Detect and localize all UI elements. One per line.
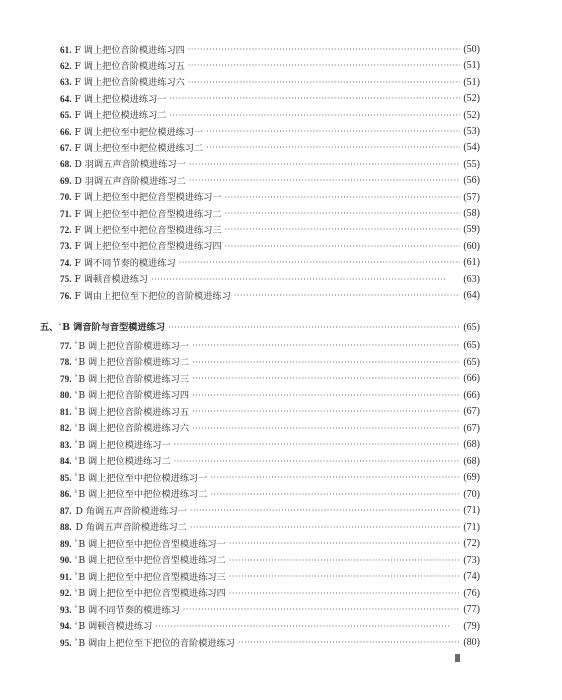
entry-text: B 调上把位音阶模进练习三: [78, 374, 189, 385]
entry-title: 64.F 调上把位模进练习一: [60, 92, 166, 107]
entry-title: 92.♭B 调上把位至中把位音型模进练习四: [60, 586, 226, 601]
entry-number: 83.: [60, 440, 71, 450]
page-ref: (63): [463, 273, 480, 287]
entry-number: 70.: [60, 192, 71, 202]
entry-number: 74.: [60, 258, 71, 268]
entry-number: 76.: [60, 291, 71, 301]
page-ref: (73): [463, 554, 480, 568]
toc-entry[interactable]: 68.D 羽调五声音阶模进练习一························…: [60, 158, 480, 172]
toc-entry[interactable]: 61.F 调上把位音阶模进练习四························…: [60, 43, 480, 57]
entry-text: B 调上把位音阶模进练习四: [78, 390, 189, 401]
entry-text: F 调上把位至中把位音型模进练习四: [74, 241, 221, 252]
toc-entry[interactable]: 78.♭B 调上把位音阶模进练习二·······················…: [60, 356, 480, 370]
page-number-mark: [455, 654, 460, 662]
entry-number: 64.: [60, 94, 71, 104]
entry-text: B 调上把位音阶模进练习五: [78, 407, 189, 418]
entry-title: 90.♭B 调上把位至中把位音型模进练习二: [60, 553, 226, 568]
dot-leader: ········································…: [188, 43, 460, 57]
entry-text: B 调上把位模进练习一: [78, 440, 170, 451]
toc-entry[interactable]: 85.♭B 调上把位至中把位模进练习一·····················…: [60, 471, 480, 485]
entry-text: D 角调五声音阶模进练习二: [75, 522, 186, 533]
entry-text: D 角调五声音阶模进练习一: [75, 506, 186, 517]
entry-text: F 调上把位模进练习一: [74, 94, 166, 105]
dot-leader: ········································…: [238, 636, 460, 650]
entry-text: B 调上把位音阶模进练习二: [78, 357, 189, 368]
toc-entry[interactable]: 83.♭B 调上把位模进练习一·························…: [60, 438, 480, 452]
entry-text: B 调上把位至中把位音型模进练习三: [78, 572, 225, 583]
dot-leader: ········································…: [169, 92, 460, 106]
entry-text: B 调由上把位至下把位的音阶模进练习: [78, 638, 235, 649]
page-ref: (67): [463, 422, 480, 436]
entry-text: F 调上把位至中把位音型模进练习一: [74, 192, 221, 203]
entry-title: 79.♭B 调上把位音阶模进练习三: [60, 372, 189, 387]
page-ref: (59): [463, 223, 480, 237]
entry-number: 69.: [60, 176, 71, 186]
page-ref: (60): [463, 240, 480, 254]
dot-leader: ········································…: [229, 554, 461, 568]
toc-entry[interactable]: 69.D 羽调五声音阶模进练习二························…: [60, 174, 480, 188]
flat-symbol: ♭: [74, 603, 77, 610]
toc-entry[interactable]: 94.♭B 调顿音模进练习···························…: [60, 620, 480, 634]
entry-title: 78.♭B 调上把位音阶模进练习二: [60, 355, 189, 370]
entry-number: 82.: [60, 423, 71, 433]
entry-number: 72.: [60, 225, 71, 235]
entry-text: F 调不同节奏的模进练习: [74, 258, 175, 269]
toc-entry[interactable]: 89.♭B 调上把位至中把位音型模进练习一···················…: [60, 537, 480, 551]
entry-title: 94.♭B 调顿音模进练习: [60, 619, 152, 634]
flat-symbol: ♭: [74, 471, 77, 478]
entry-number: 85.: [60, 473, 71, 483]
dot-leader: ········································…: [179, 256, 461, 270]
toc-entry[interactable]: 66.F 调上把位至中把位模进练习一······················…: [60, 125, 480, 139]
entry-title: 63.F 调上把位音阶模进练习六: [60, 75, 185, 90]
flat-symbol: ♭: [74, 422, 77, 429]
entry-title: 87.D 角调五声音阶模进练习一: [60, 504, 187, 519]
page-ref: (65): [463, 321, 480, 335]
entry-title: 95.♭B 调由上把位至下把位的音阶模进练习: [60, 636, 235, 651]
entry-number: 77.: [60, 341, 71, 351]
entry-text: F 调上把位至中把位音型模进练习二: [74, 209, 221, 220]
entry-title: 68.D 羽调五声音阶模进练习一: [60, 157, 186, 172]
dot-leader: ········································…: [190, 521, 460, 535]
page-ref: (65): [463, 339, 480, 353]
page-ref: (71): [463, 504, 480, 518]
dot-leader: ········································…: [190, 504, 460, 518]
entry-text: F 调上把位音阶模进练习五: [74, 61, 184, 72]
page-ref: (52): [463, 109, 480, 123]
page-ref: (51): [463, 59, 480, 73]
toc-entry[interactable]: 86.♭B 调上把位至中把位模进练习二·····················…: [60, 488, 480, 502]
section-title: 五、♭B 调音阶与音型模进练习: [40, 321, 165, 335]
dot-leader: ········································…: [174, 455, 461, 469]
page-ref: (70): [463, 488, 480, 502]
toc-page: 61.F 调上把位音阶模进练习四························…: [0, 0, 562, 700]
dot-leader: ········································…: [206, 141, 460, 155]
dot-leader: ········································…: [229, 537, 461, 551]
entry-text: D 羽调五声音阶模进练习一: [74, 159, 185, 170]
entry-number: 93.: [60, 605, 71, 615]
dot-leader: ········································…: [188, 59, 460, 73]
toc-entry[interactable]: 62.F 调上把位音阶模进练习五························…: [60, 59, 480, 73]
entry-title: 61.F 调上把位音阶模进练习四: [60, 43, 185, 58]
toc-entry[interactable]: 71.F 调上把位至中把位音型模进练习二····················…: [60, 207, 480, 221]
entry-text: F 调上把位音阶模进练习六: [74, 77, 184, 88]
flat-symbol: ♭: [74, 554, 77, 561]
flat-symbol: ♭: [74, 356, 77, 363]
toc-entry[interactable]: 70.F 调上把位至中把位音型模进练习一····················…: [60, 191, 480, 205]
toc-entry[interactable]: 72.F 调上把位至中把位音型模进练习三····················…: [60, 223, 480, 237]
page-ref: (71): [463, 521, 480, 535]
entry-text: F 调由上把位至下把位的音阶模进练习: [74, 291, 230, 302]
dot-leader: ········································…: [189, 158, 460, 172]
toc-entry[interactable]: 75.F 调顿音模进练习····························…: [60, 273, 480, 287]
page-ref: (52): [463, 92, 480, 106]
entry-text: F 调上把位至中把位模进练习一: [74, 127, 203, 138]
entry-title: 88.D 角调五声音阶模进练习二: [60, 520, 187, 535]
page-ref: (76): [463, 587, 480, 601]
page-ref: (80): [463, 636, 480, 650]
dot-leader: ········································…: [192, 405, 460, 419]
flat-symbol: ♭: [74, 455, 77, 462]
entry-title: 81.♭B 调上把位音阶模进练习五: [60, 405, 189, 420]
page-ref: (50): [463, 43, 480, 57]
page-ref: (51): [463, 76, 480, 90]
entry-title: 80.♭B 调上把位音阶模进练习四: [60, 388, 189, 403]
entry-text: B 调顿音模进练习: [78, 621, 152, 632]
dot-leader: ········································…: [192, 356, 460, 370]
page-ref: (68): [463, 438, 480, 452]
toc-entry[interactable]: 88.D 角调五声音阶模进练习二························…: [60, 521, 480, 535]
entry-number: 92.: [60, 588, 71, 598]
entry-title: 85.♭B 调上把位至中把位模进练习一: [60, 471, 207, 486]
dot-leader: ········································…: [189, 174, 460, 188]
page-ref: (61): [463, 256, 480, 270]
entry-text: F 调上把位模进练习二: [74, 110, 166, 121]
entry-text: B 调上把位至中把位模进练习一: [78, 473, 207, 484]
toc-entry[interactable]: 87.D 角调五声音阶模进练习一························…: [60, 504, 480, 518]
entry-text: F 调上把位至中把位模进练习二: [74, 143, 203, 154]
dot-leader: ········································…: [210, 488, 460, 502]
entry-number: 81.: [60, 407, 71, 417]
entry-title: 77.♭B 调上把位音阶模进练习一: [60, 339, 189, 354]
dot-leader: ········································…: [225, 191, 461, 205]
toc-entry[interactable]: 79.♭B 调上把位音阶模进练习三·······················…: [60, 372, 480, 386]
dot-leader: ········································…: [225, 240, 461, 254]
toc-section-5[interactable]: 五、♭B 调音阶与音型模进练习 ························…: [40, 321, 480, 335]
toc-entry[interactable]: 80.♭B 调上把位音阶模进练习四·······················…: [60, 389, 480, 403]
page-ref: (66): [463, 372, 480, 386]
entry-text: B 调上把位音阶模进练习六: [78, 423, 189, 434]
dot-leader: ········································…: [168, 321, 460, 335]
page-ref: (57): [463, 191, 480, 205]
flat-symbol: ♭: [74, 405, 77, 412]
entry-text: B 调上把位至中把位音型模进练习四: [78, 588, 225, 599]
dot-leader: ········································…: [225, 223, 461, 237]
entry-title: 93.♭B 调不同节奏的模进练习: [60, 603, 180, 618]
entry-title: 84.♭B 调上把位模进练习二: [60, 454, 171, 469]
entry-number: 65.: [60, 110, 71, 120]
dot-leader: ········································…: [188, 76, 460, 90]
entry-text: F 调上把位至中把位音型模进练习三: [74, 225, 221, 236]
entry-number: 61.: [60, 45, 71, 55]
entry-title: 86.♭B 调上把位至中把位模进练习二: [60, 487, 207, 502]
entry-title: 89.♭B 调上把位至中把位音型模进练习一: [60, 537, 226, 552]
page-ref: (69): [463, 471, 480, 485]
entry-title: 73.F 调上把位至中把位音型模进练习四: [60, 239, 222, 254]
dot-leader: ········································…: [192, 422, 460, 436]
dot-leader: ········································…: [155, 620, 460, 634]
entry-text: F 调顿音模进练习: [74, 274, 148, 285]
page-ref: (64): [463, 289, 480, 303]
page-ref: (65): [463, 356, 480, 370]
entry-title: 75.F 调顿音模进练习: [60, 272, 148, 287]
flat-symbol: ♭: [74, 372, 77, 379]
entry-title: 74.F 调不同节奏的模进练习: [60, 256, 176, 271]
entry-text: D 羽调五声音阶模进练习二: [74, 176, 185, 187]
entry-number: 79.: [60, 374, 71, 384]
toc-entry[interactable]: 84.♭B 调上把位模进练习二·························…: [60, 455, 480, 469]
entry-title: 72.F 调上把位至中把位音型模进练习三: [60, 223, 222, 238]
dot-leader: ········································…: [229, 570, 461, 584]
flat-symbol: ♭: [74, 339, 77, 346]
entry-number: 95.: [60, 638, 71, 648]
toc-entry[interactable]: 82.♭B 调上把位音阶模进练习六·······················…: [60, 422, 480, 436]
entry-number: 87.: [60, 506, 71, 516]
flat-symbol: ♭: [74, 570, 77, 577]
entry-title: 82.♭B 调上把位音阶模进练习六: [60, 421, 189, 436]
page-ref: (74): [463, 570, 480, 584]
flat-symbol: ♭: [74, 537, 77, 544]
entry-number: 66.: [60, 127, 71, 137]
page-ref: (67): [463, 405, 480, 419]
flat-symbol: ♭: [74, 389, 77, 396]
entry-text: B 调上把位音阶模进练习一: [78, 341, 189, 352]
dot-leader: ········································…: [206, 125, 460, 139]
flat-symbol: ♭: [74, 636, 77, 643]
entry-title: 76.F 调由上把位至下把位的音阶模进练习: [60, 289, 231, 304]
entry-number: 62.: [60, 61, 71, 71]
entry-title: 91.♭B 调上把位至中把位音型模进练习三: [60, 570, 226, 585]
dot-leader: ········································…: [169, 109, 460, 123]
dot-leader: ········································…: [192, 389, 460, 403]
entry-number: 89.: [60, 539, 71, 549]
entry-title: 83.♭B 调上把位模进练习一: [60, 438, 171, 453]
entry-number: 80.: [60, 390, 71, 400]
entry-text: F 调上把位音阶模进练习四: [74, 45, 184, 56]
entry-number: 75.: [60, 274, 71, 284]
entry-number: 91.: [60, 572, 71, 582]
entry-title: 67.F 调上把位至中把位模进练习二: [60, 141, 203, 156]
entry-number: 67.: [60, 143, 71, 153]
toc-entry[interactable]: 77.♭B 调上把位音阶模进练习一·······················…: [60, 339, 480, 353]
page-ref: (56): [463, 174, 480, 188]
page-ref: (72): [463, 537, 480, 551]
entry-title: 71.F 调上把位至中把位音型模进练习二: [60, 207, 222, 222]
page-ref: (53): [463, 125, 480, 139]
page-ref: (54): [463, 141, 480, 155]
entry-number: 68.: [60, 159, 71, 169]
page-ref: (55): [463, 158, 480, 172]
toc-entry[interactable]: 81.♭B 调上把位音阶模进练习五·······················…: [60, 405, 480, 419]
entry-number: 78.: [60, 357, 71, 367]
entry-number: 73.: [60, 241, 71, 251]
entry-text: B 调上把位模进练习二: [78, 456, 170, 467]
dot-leader: ········································…: [174, 438, 461, 452]
toc-entry[interactable]: 67.F 调上把位至中把位模进练习二······················…: [60, 141, 480, 155]
entry-title: 62.F 调上把位音阶模进练习五: [60, 59, 185, 74]
dot-leader: ········································…: [183, 603, 460, 617]
page-ref: (66): [463, 389, 480, 403]
dot-leader: ········································…: [192, 339, 460, 353]
entry-title: 65.F 调上把位模进练习二: [60, 108, 166, 123]
toc-entry[interactable]: 95.♭B 调由上把位至下把位的音阶模进练习··················…: [60, 636, 480, 650]
entry-title: 66.F 调上把位至中把位模进练习一: [60, 125, 203, 140]
dot-leader: ········································…: [210, 471, 460, 485]
page-ref: (58): [463, 207, 480, 221]
toc-entry[interactable]: 73.F 调上把位至中把位音型模进练习四····················…: [60, 240, 480, 254]
entry-title: 69.D 羽调五声音阶模进练习二: [60, 174, 186, 189]
page-ref: (77): [463, 603, 480, 617]
entry-text: B 调上把位至中把位模进练习二: [78, 489, 207, 500]
entry-number: 90.: [60, 555, 71, 565]
entry-text: B 调上把位至中把位音型模进练习一: [78, 539, 225, 550]
dot-leader: ········································…: [229, 587, 461, 601]
entry-number: 84.: [60, 456, 71, 466]
entry-number: 63.: [60, 77, 71, 87]
dot-leader: ········································…: [234, 289, 461, 303]
entry-text: B 调不同节奏的模进练习: [78, 605, 180, 616]
toc-entry[interactable]: 65.F 调上把位模进练习二··························…: [60, 109, 480, 123]
dot-leader: ········································…: [225, 207, 461, 221]
dot-leader: ········································…: [192, 372, 460, 386]
toc-entry[interactable]: 64.F 调上把位模进练习一··························…: [60, 92, 480, 106]
flat-symbol: ♭: [74, 587, 77, 594]
toc-entry[interactable]: 92.♭B 调上把位至中把位音型模进练习四···················…: [60, 587, 480, 601]
toc-entry[interactable]: 90.♭B 调上把位至中把位音型模进练习二···················…: [60, 554, 480, 568]
entry-text: B 调上把位至中把位音型模进练习二: [78, 555, 225, 566]
dot-leader: ········································…: [151, 273, 460, 287]
toc-entry[interactable]: 76.F 调由上把位至下把位的音阶模进练习···················…: [60, 289, 480, 303]
entry-number: 71.: [60, 209, 71, 219]
flat-symbol: ♭: [74, 620, 77, 627]
toc-entry[interactable]: 63.F 调上把位音阶模进练习六························…: [60, 76, 480, 90]
entry-number: 86.: [60, 489, 71, 499]
page-ref: (79): [463, 620, 480, 634]
entry-title: 70.F 调上把位至中把位音型模进练习一: [60, 190, 222, 205]
entry-number: 88.: [60, 522, 71, 532]
toc-entry[interactable]: 74.F 调不同节奏的模进练习·························…: [60, 256, 480, 270]
toc-entry[interactable]: 91.♭B 调上把位至中把位音型模进练习三···················…: [60, 570, 480, 584]
flat-symbol: ♭: [74, 438, 77, 445]
toc-entry[interactable]: 93.♭B 调不同节奏的模进练习························…: [60, 603, 480, 617]
entry-number: 94.: [60, 621, 71, 631]
flat-symbol: ♭: [74, 488, 77, 495]
flat-symbol: ♭: [58, 321, 61, 328]
page-ref: (68): [463, 455, 480, 469]
